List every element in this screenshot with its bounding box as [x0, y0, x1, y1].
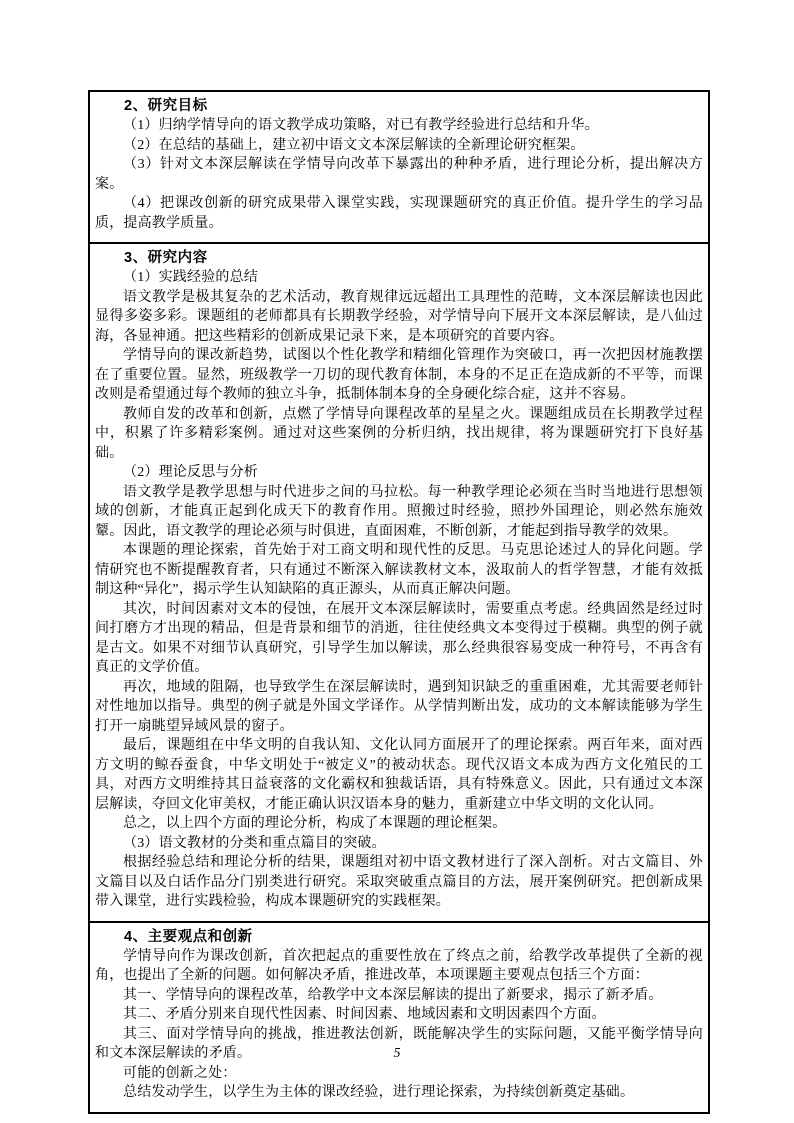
form-row-section-4: 4、主要观点和创新学情导向作为课改创新，首次把起点的重要性放在了终点之前，给教学…: [90, 923, 708, 1112]
paragraph: （2）在总结的基础上，建立初中语文文本深层解读的全新理论研究框架。: [95, 136, 703, 156]
paragraph: （2）理论反思与分析: [95, 463, 703, 483]
paragraph: 学情导向的课改新趋势，试图以个性化教学和精细化管理作为突破口，再一次把因材施教摆…: [95, 346, 703, 405]
paragraph: 本课题的理论探索，首先始于对工商文明和现代性的反思。马克思论述过人的异化问题。学…: [95, 541, 703, 600]
section-heading: 4、主要观点和创新: [95, 927, 703, 947]
page-number: 5: [394, 1046, 401, 1061]
form-row-section-3: 3、研究内容（1）实践经验的总结语文教学是极其复杂的艺术活动，教育规律远远超出工…: [90, 244, 708, 923]
paragraph: 最后，课题组在中华文明的自我认知、文化认同方面展开了的理论探索。两百年来，面对西…: [95, 736, 703, 814]
paragraph: 语文教学是极其复杂的艺术活动，教育规律远远超出工具理性的范畴，文本深层解读也因此…: [95, 288, 703, 347]
paragraph: 语文教学是教学思想与时代进步之间的马拉松。每一种教学理论必须在当时当地进行思想领…: [95, 483, 703, 542]
paragraph: （1）归纳学情导向的语文教学成功策略，对已有教学经验进行总结和升华。: [95, 116, 703, 136]
paragraph: 总之，以上四个方面的理论分析，构成了本课题的理论框架。: [95, 814, 703, 834]
paragraph: （3）针对文本深层解读在学情导向改革下暴露出的种种矛盾，进行理论分析，提出解决方…: [95, 155, 703, 194]
paragraph: 可能的创新之处：: [95, 1064, 703, 1084]
paragraph: 再次，地域的阻隔，也导致学生在深层解读时，遇到知识缺乏的重重困难，尤其需要老师针…: [95, 678, 703, 737]
paragraph: 总结发动学生，以学生为主体的课改经验，进行理论探索，为持续创新奠定基础。: [95, 1083, 703, 1103]
paragraph: （4）把课改创新的研究成果带入课堂实践，实现课题研究的真正价值。提升学生的学习品…: [95, 194, 703, 233]
paragraph: （1）实践经验的总结: [95, 268, 703, 288]
paragraph: 根据经验总结和理论分析的结果，课题组对初中语文教材进行了深入剖析。对古文篇目、外…: [95, 853, 703, 912]
paragraph: 教师自发的改革和创新，点燃了学情导向课程改革的星星之火。课题组成员在长期教学过程…: [95, 405, 703, 464]
paragraph: 其二、矛盾分别来自现代性因素、时间因素、地域因素和文明因素四个方面。: [95, 1005, 703, 1025]
form-table: 2、研究目标（1）归纳学情导向的语文教学成功策略，对已有教学经验进行总结和升华。…: [88, 90, 710, 1114]
section-heading: 2、研究目标: [95, 96, 703, 116]
section-heading: 3、研究内容: [95, 248, 703, 268]
form-row-section-2: 2、研究目标（1）归纳学情导向的语文教学成功策略，对已有教学经验进行总结和升华。…: [90, 92, 708, 244]
paragraph: 其一、学情导向的课程改革，给教学中文本深层解读的提出了新要求，揭示了新矛盾。: [95, 986, 703, 1006]
paragraph: （3）语文教材的分类和重点篇目的突破。: [95, 834, 703, 854]
document-page: 2、研究目标（1）归纳学情导向的语文教学成功策略，对已有教学经验进行总结和升华。…: [0, 0, 794, 1123]
paragraph: 其次，时间因素对文本的侵蚀，在展开文本深层解读时，需要重点考虑。经典固然是经过时…: [95, 600, 703, 678]
page-footer: 5: [0, 1044, 794, 1062]
paragraph: 学情导向作为课改创新，首次把起点的重要性放在了终点之前，给教学改革提供了全新的视…: [95, 947, 703, 986]
